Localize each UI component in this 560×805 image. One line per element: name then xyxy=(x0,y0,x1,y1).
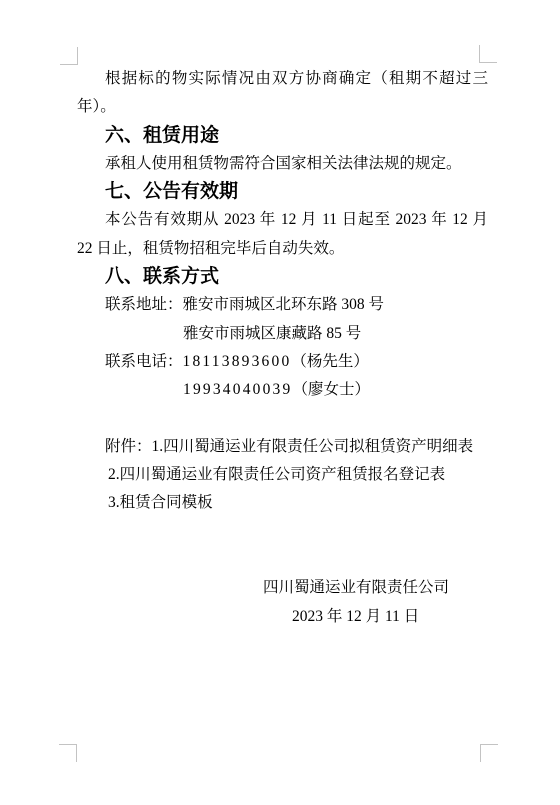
margin-mark-top-right xyxy=(479,45,497,63)
section-heading-7: 七、公告有效期 xyxy=(77,178,488,206)
document-text-area: 根据标的物实际情况由双方协商确定（租期不超过三 年）。 六、租赁用途 承租人使用… xyxy=(77,65,488,631)
margin-mark-top-left xyxy=(60,47,78,65)
attachment-line3: 3.租赁合同模板 xyxy=(77,489,488,517)
contact-address-line2: 雅安市雨城区康藏路 85 号 xyxy=(77,320,488,348)
margin-mark-bottom-left xyxy=(59,744,77,762)
contact-address-line1: 联系地址：雅安市雨城区北环东路 308 号 xyxy=(77,291,488,319)
contact-phone-number1: 18113893600 xyxy=(183,353,292,370)
contact-address-value1: 雅安市雨城区北环东路 308 号 xyxy=(183,296,385,313)
signature-company: 四川蜀通运业有限责任公司 xyxy=(77,574,488,602)
section-heading-6: 六、租赁用途 xyxy=(77,122,488,150)
paragraph-clause6: 承租人使用租赁物需符合国家相关法律法规的规定。 xyxy=(77,150,488,178)
attachment-line1: 附件：1.四川蜀通运业有限责任公司拟租赁资产明细表 xyxy=(77,433,488,461)
signature-date: 2023 年 12 月 11 日 xyxy=(77,603,488,631)
blank-line xyxy=(77,546,488,574)
contact-phone-name2: （廖女士） xyxy=(292,381,370,398)
contact-address-label: 联系地址： xyxy=(105,296,183,313)
contact-phone-name1: （杨先生） xyxy=(291,353,369,370)
paragraph-clause7-line1: 本公告有效期从 2023 年 12 月 11 日起至 2023 年 12 月 xyxy=(77,206,488,234)
attachment-line2: 2.四川蜀通运业有限责任公司资产租赁报名登记表 xyxy=(77,461,488,489)
blank-line xyxy=(77,405,488,433)
contact-phone-number2: 19934040039 xyxy=(183,381,292,398)
section-heading-8: 八、联系方式 xyxy=(77,263,488,291)
margin-mark-bottom-right xyxy=(480,744,498,762)
blank-line xyxy=(77,518,488,546)
paragraph-clause5-line1: 根据标的物实际情况由双方协商确定（租期不超过三 xyxy=(77,65,488,93)
document-page: 根据标的物实际情况由双方协商确定（租期不超过三 年）。 六、租赁用途 承租人使用… xyxy=(0,0,560,805)
contact-phone-line2: 19934040039（廖女士） xyxy=(77,376,488,404)
contact-phone-line1: 联系电话：18113893600（杨先生） xyxy=(77,348,488,376)
contact-phone-label: 联系电话： xyxy=(105,353,183,370)
paragraph-clause5-line2: 年）。 xyxy=(77,93,488,121)
paragraph-clause7-line2: 22 日止，租赁物招租完毕后自动失效。 xyxy=(77,235,488,263)
